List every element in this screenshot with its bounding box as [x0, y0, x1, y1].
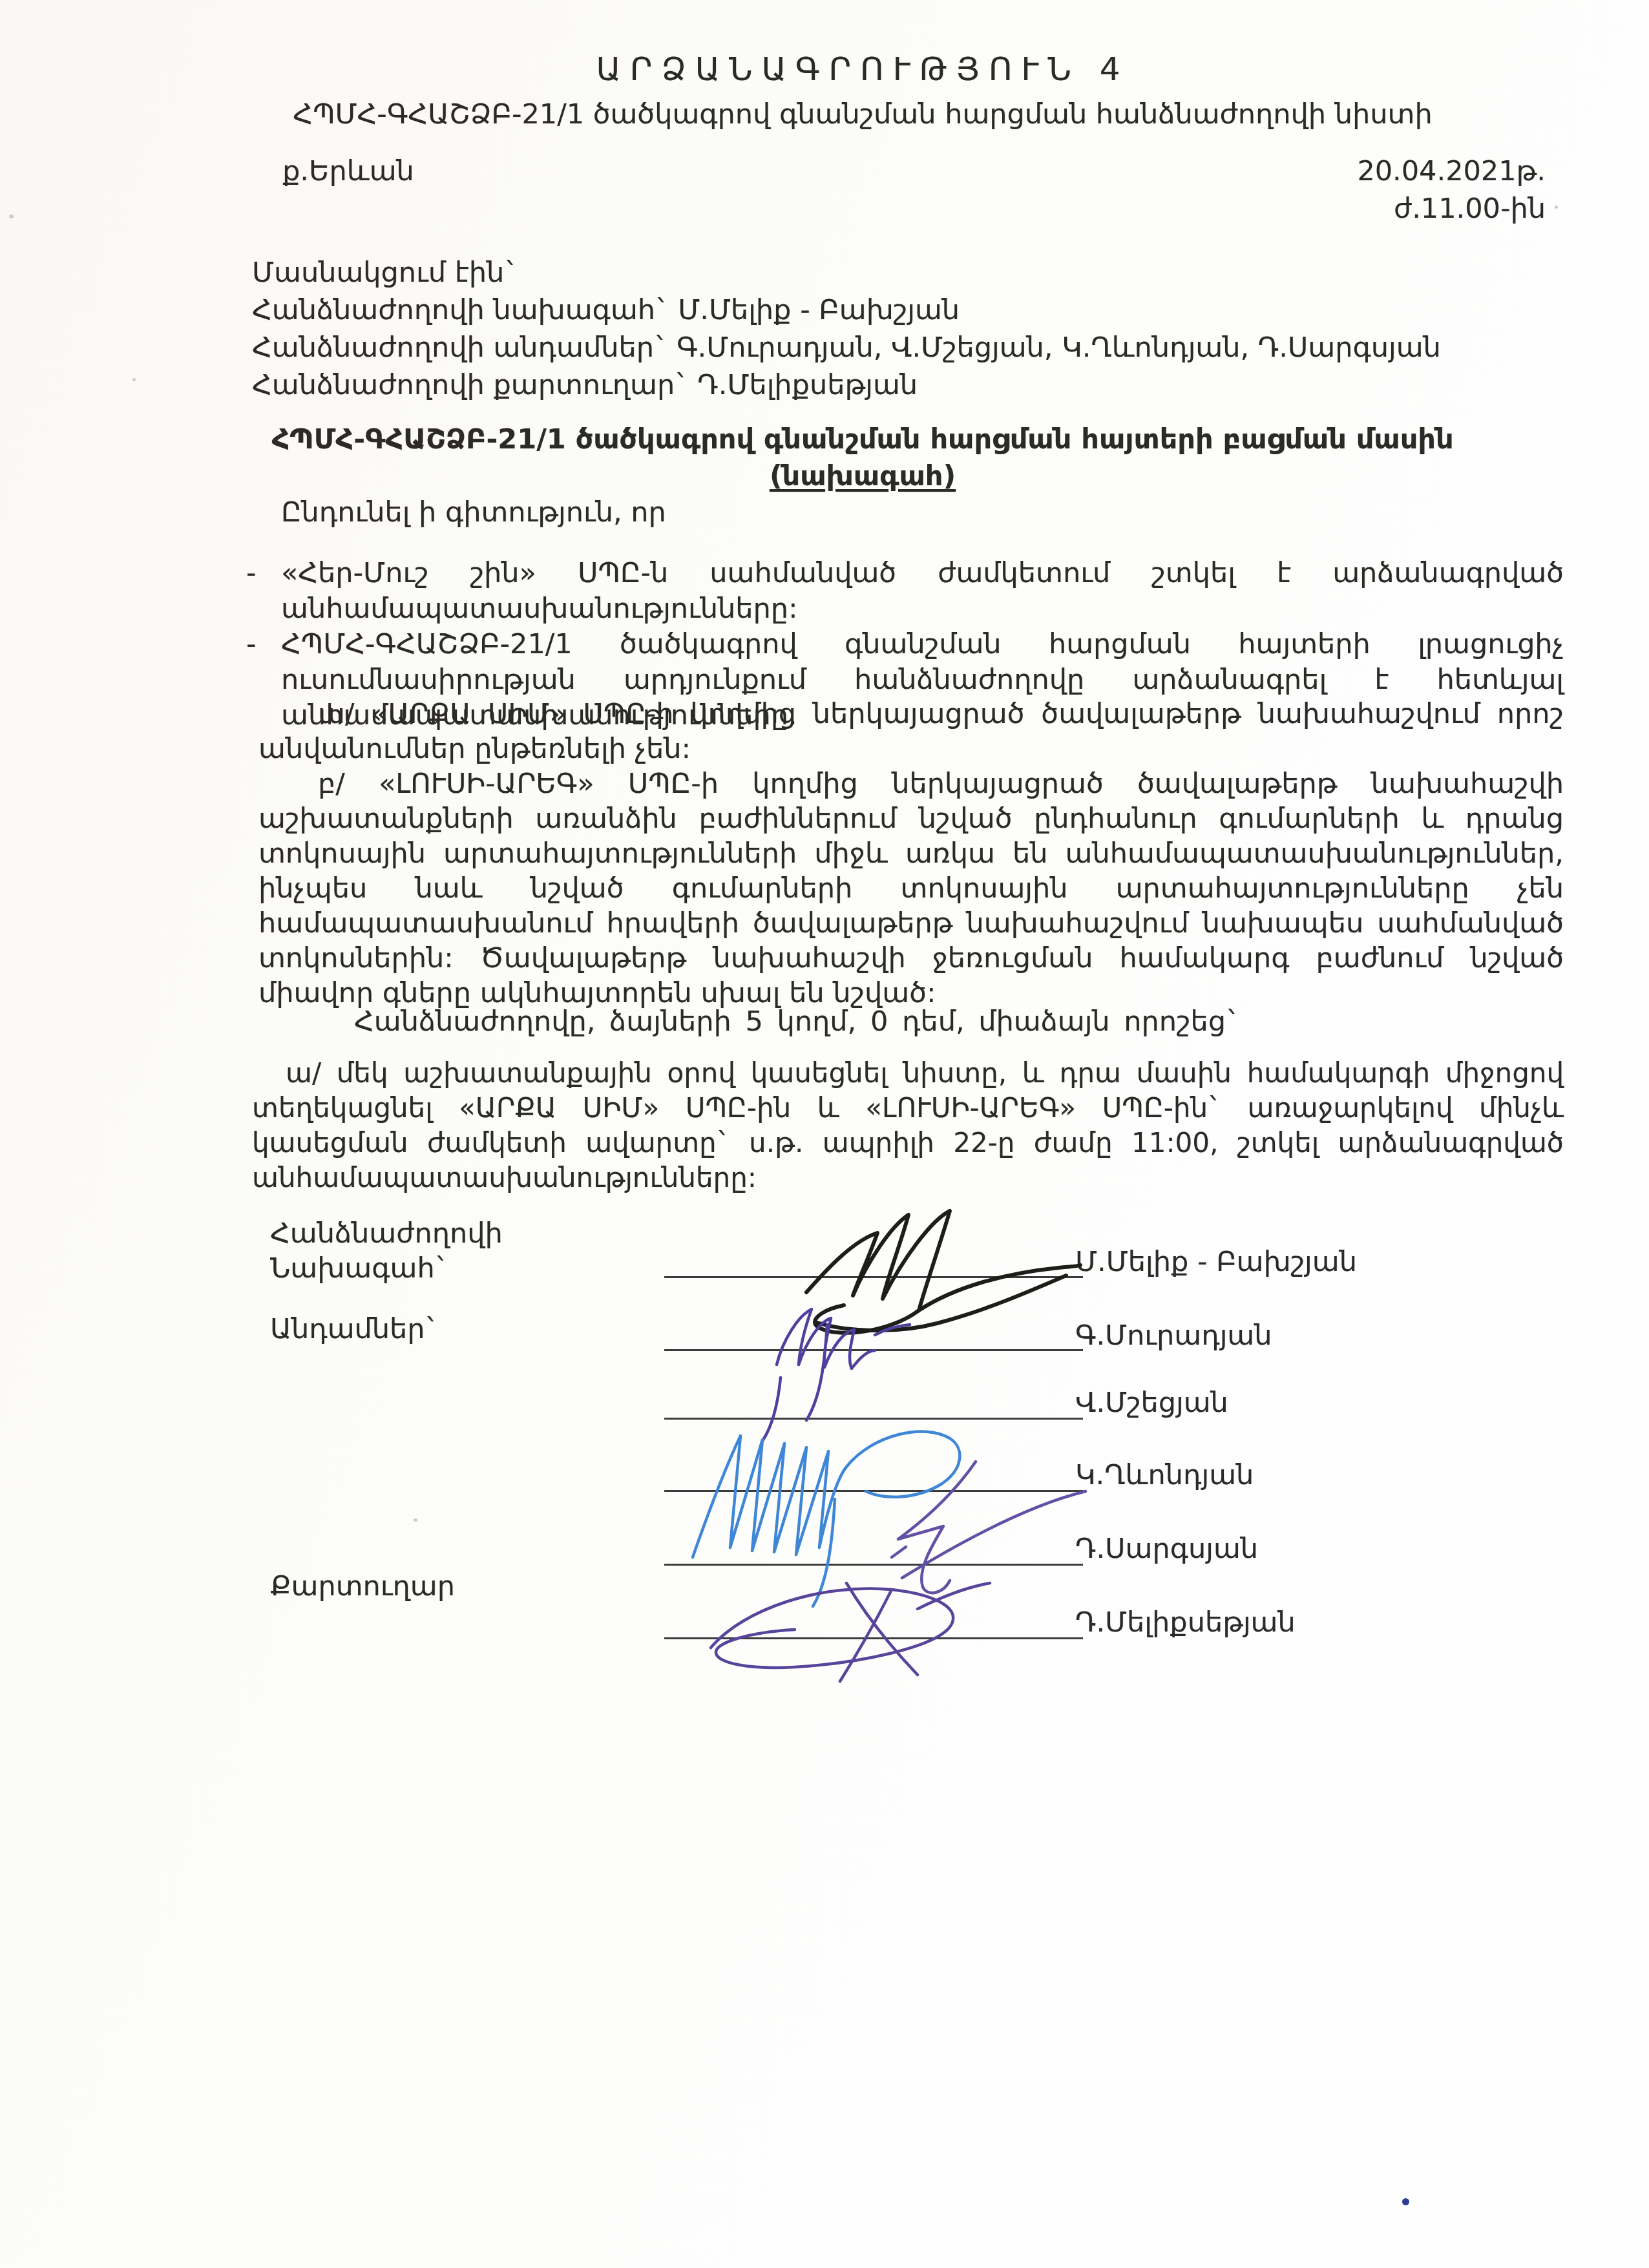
time-label: ժ.11.00-ին: [1357, 190, 1546, 227]
subitem-b: բ/ «ԼՈՒՍԻ-ԱՐԵԳ» ՍՊԸ-ի կողմից ներկայացրած…: [258, 766, 1564, 1011]
handwritten-signatures: [614, 1195, 1131, 1712]
scan-speck: [9, 215, 14, 218]
scanned-protocol-page: ԱՐՁԱՆԱԳՐՈՒԹՅՈՒՆ 4 ՀՊՄՀ-ԳՀԱՇՁԲ-21/1 ծածկա…: [0, 0, 1649, 2268]
city-label: ք.Երևան: [282, 155, 414, 187]
signature-label-secretary: Քարտուղար: [270, 1570, 455, 1602]
signature-ink-sargsyan: [892, 1462, 1086, 1593]
participants-intro: Մասնակցում էին`: [252, 254, 1441, 291]
decision-paragraph: ա/ մեկ աշխատանքային օրով կասեցնել նիստը,…: [252, 1056, 1564, 1195]
bullet-dash: -: [224, 627, 281, 662]
signature-ink-ghevondyan: [693, 1431, 960, 1606]
signature-label-committee: Հանձնաժողովի: [270, 1217, 503, 1250]
agenda-heading: ՀՊՄՀ-ԳՀԱՇՁԲ-21/1 ծածկագրով գնանշման հարց…: [162, 423, 1564, 456]
document-title: ԱՐՁԱՆԱԳՐՈՒԹՅՈՒՆ 4: [162, 50, 1564, 88]
date-time-block: 20.04.2021թ. ժ.11.00-ին: [1357, 152, 1546, 227]
date-label: 20.04.2021թ.: [1357, 152, 1546, 190]
bullet-dash: -: [224, 556, 281, 591]
finding-text: «Հեր-Մուշ շին» ՍՊԸ-ն սահմանված ժամկետում…: [281, 556, 1564, 627]
participants-secretary: Հանձնաժողովի քարտուղար` Դ.Մելիքսեթյան: [252, 366, 1441, 404]
participants-members: Հանձնաժողովի անդամներ` Գ.Մուրադյան, Վ.Մշ…: [252, 329, 1441, 366]
scan-speck: [414, 1518, 417, 1522]
participants-chairman: Հանձնաժողովի նախագահ` Մ.Մելիք - Բախշյան: [252, 291, 1441, 329]
document-subtitle: ՀՊՄՀ-ԳՀԱՇՁԲ-21/1 ծածկագրով գնանշման հարց…: [162, 98, 1564, 131]
scan-speck: [1555, 205, 1558, 209]
signature-label-chairman: Նախագահ`: [270, 1252, 448, 1285]
decision-intro: Հանձնաժողովը, ձայների 5 կողմ, 0 դեմ, միա…: [354, 1005, 1239, 1038]
scan-speck: [132, 378, 136, 381]
agenda-speaker: (նախագահ): [162, 460, 1564, 492]
signature-ink-meliksetyan: [711, 1583, 990, 1681]
ink-dot-artifact: [1402, 2198, 1409, 2205]
subitem-a: ա/ «ԱՐՔԱ ՍԻՄ» ՍՊԸ-ի կողմից ներկայացրած ծ…: [258, 697, 1564, 766]
resolution-intro: Ընդունել ի գիտություն, որ: [281, 496, 666, 529]
participants-block: Մասնակցում էին` Հանձնաժողովի նախագահ` Մ.…: [252, 254, 1441, 404]
list-item: - «Հեր-Մուշ շին» ՍՊԸ-ն սահմանված ժամկետո…: [224, 556, 1564, 627]
signature-ink-chairman: [806, 1211, 1080, 1333]
signature-label-members: Անդամներ`: [270, 1313, 439, 1345]
